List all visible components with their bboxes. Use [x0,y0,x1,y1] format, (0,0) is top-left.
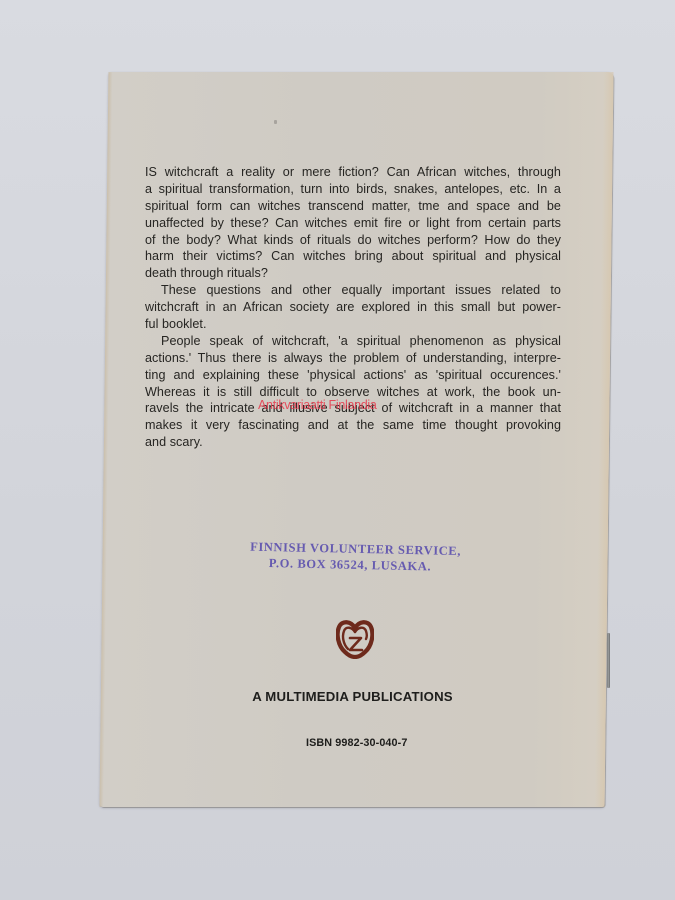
text-line: IS witchcraft a reality or mere fiction?… [145,164,561,181]
paragraph-2: These questions and other equally import… [145,282,561,333]
text-line: People speak of witchcraft, 'a spiritual… [145,333,561,350]
isbn: ISBN 9982-30-040-7 [306,737,407,749]
publisher-name: A MULTIMEDIA PUBLICATIONS [0,689,675,704]
text-line: unaffected by these? Can witches emit fi… [145,215,561,232]
paragraph-1: IS witchcraft a reality or mere fiction?… [145,164,561,282]
text-line: ting and explaining these 'physical acti… [145,367,561,384]
publisher-logo-icon [336,619,374,659]
text-line: spiritual form can witches transcend mat… [145,198,561,215]
text-line: ful booklet. [145,316,561,333]
text-line: These questions and other equally import… [145,282,561,299]
text-line: harm their victims? Can witches bring ab… [145,248,561,265]
paragraph-3: People speak of witchcraft, 'a spiritual… [145,333,561,451]
watermark: Antikvariaatti Finlandia [258,398,377,412]
text-line: and scary. [145,434,561,451]
text-line: actions.' Thus there is always the probl… [145,350,561,367]
text-line: death through rituals? [145,265,561,282]
text-line: witchcraft in an African society are exp… [145,299,561,316]
text-line: a spiritual transformation, turn into bi… [145,181,561,198]
ink-stamp: FINNISH VOLUNTEER SERVICE, P.O. BOX 3652… [250,539,476,576]
text-line: of the body? What kinds of rituals do wi… [145,232,561,249]
staple [607,633,610,688]
paper-speck [274,120,277,124]
text-line: makes it very fascinating and at the sam… [145,417,561,434]
